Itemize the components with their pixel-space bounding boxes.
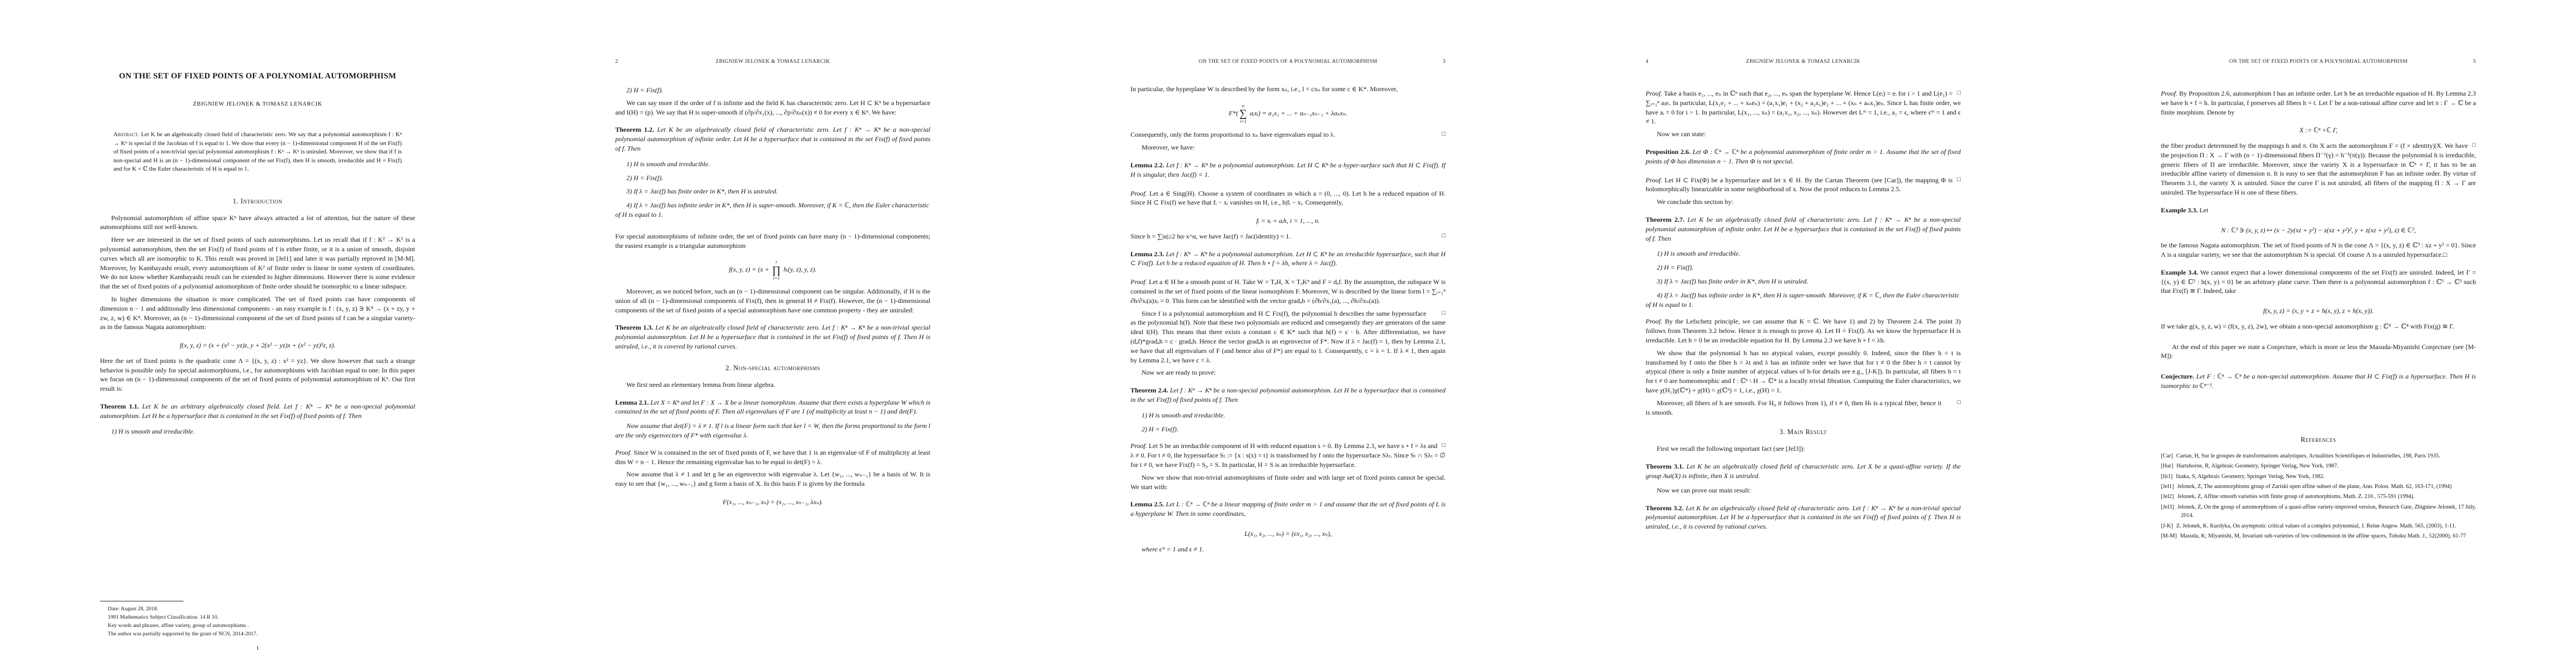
- theorem-label: Theorem 2.4.: [1130, 386, 1168, 394]
- proof-label: Proof.: [1646, 317, 1662, 325]
- paragraph: At the end of this paper we state a Conj…: [2161, 342, 2476, 361]
- formula: f(x, y, z) = (x + r∏i=1 hᵢ(y, z), y, z).: [615, 260, 930, 281]
- proof-label: Proof.: [1646, 176, 1662, 184]
- paragraph: Now we can state:: [1646, 130, 1961, 139]
- footnote-line: Key words and phrases. affine variety, g…: [100, 622, 415, 630]
- list-item: 3) If λ = Jac(f) has finite order in K*,…: [615, 187, 930, 196]
- reference-text: Jelonek, Z, The automorphisms group of Z…: [2177, 484, 2452, 490]
- list-item: 1) H is smooth and irreducible.: [1646, 249, 1961, 258]
- theorem-block: Lemma 2.3. Let f : Kⁿ → Kⁿ be a polynomi…: [1130, 250, 1446, 268]
- paragraph-text: We first need an elementary lemma from l…: [626, 381, 775, 389]
- qed-box: □: [1957, 89, 1961, 97]
- page-2: 2ZBIGNIEW JELONEK & TOMASZ LENARCIK2) H …: [515, 0, 1030, 667]
- list-item: 4) If λ = Jac(f) has infinite order in K…: [615, 201, 930, 220]
- theorem-block: Example 3.3. Let: [2161, 206, 2476, 215]
- theorem-body: Let: [2199, 206, 2208, 214]
- section-heading: 3. Main Result: [1646, 428, 1961, 436]
- theorem-body: Let K be an algebraically closed field o…: [1646, 216, 1961, 242]
- theorem-block: Theorem 3.1. Let K be an algebraically c…: [1646, 462, 1961, 481]
- paragraph: Now we can prove our main result:: [1646, 486, 1961, 495]
- theorem-body: We cannot expect that a lower dimensiona…: [2161, 268, 2476, 295]
- theorem-label: Theorem 3.2.: [1646, 504, 1683, 512]
- formula-pre: F*(: [1229, 109, 1238, 117]
- formula-post: hᵢ(y, z), y, z).: [782, 266, 817, 273]
- proof-label: Proof.: [1646, 89, 1662, 97]
- paragraph-text: Now we show that non-trivial automorphis…: [1130, 474, 1446, 491]
- proof-label: Proof.: [1130, 190, 1147, 197]
- paper-document: arXiv:1409.7883v1 [math.AG] 28 Sep 2014 …: [0, 0, 2576, 667]
- formula: fᵢ = xᵢ + aᵢh, i = 1, ..., n.: [1130, 217, 1446, 226]
- abstract: Abstract. Let K be an algebraically clos…: [113, 131, 402, 173]
- paragraph-text: Now assume that λ ≠ 1 and let g be an ei…: [615, 470, 930, 487]
- proof-text: Since W is contained in the set of fixed…: [615, 449, 930, 466]
- paragraph: Now we show that non-trivial automorphis…: [1130, 473, 1446, 492]
- paragraph-text: the fiber product determined by the mapp…: [2161, 142, 2476, 196]
- big-operator: n∑i=1: [1239, 103, 1247, 125]
- qed-box: □: [1442, 441, 1446, 450]
- paragraph: If we take g(x, y, z, w) = (f(x, y, z), …: [2161, 322, 2476, 331]
- theorem-label: Proposition 2.6.: [1646, 148, 1691, 156]
- proof-text: Let a ∈ Sing(H). Choose a system of coor…: [1130, 190, 1446, 207]
- list-item: 4) If λ = Jac(f) has infinite order in K…: [1646, 291, 1961, 310]
- formula: X := ℂⁿ ×ℂ Γ,: [2161, 126, 2476, 135]
- proof-block: □Proof. Take a basis e₁, ..., eₙ in ℂⁿ s…: [1646, 89, 1961, 126]
- footnote-line: 1991 Mathematics Subject Classification.…: [100, 614, 415, 622]
- running-title: ZBIGNIEW JELONEK & TOMASZ LENARCIK: [1669, 59, 1937, 64]
- paper-authors: ZBIGNIEW JELONEK & TOMASZ LENARCIK: [100, 101, 415, 107]
- theorem-block: Theorem 3.2. Let K be an algebraically c…: [1646, 504, 1961, 531]
- paragraph-text: At the end of this paper we state a Conj…: [2161, 343, 2476, 360]
- theorem-body: Let f : Kⁿ → Kⁿ be a polynomial automorp…: [1130, 250, 1446, 267]
- running-header: ON THE SET OF FIXED POINTS OF A POLYNOMI…: [1130, 59, 1446, 64]
- formula-post: aᵢxᵢ) = a₁x₁ + ... + aₙ₋₁xₙ₋₁ + λaₙxₙ.: [1248, 109, 1348, 117]
- qed-box: □: [1946, 399, 1961, 407]
- theorem-label: Theorem 1.3.: [615, 323, 653, 331]
- paragraph: Moreover, as we noticed before, such an …: [615, 287, 930, 315]
- reference-list: [Car]Cartan, H, Sur le groupes de transf…: [2161, 452, 2476, 542]
- running-header: 4ZBIGNIEW JELONEK & TOMASZ LENARCIK: [1646, 59, 1961, 64]
- page-number-right: 3: [1422, 59, 1446, 64]
- proof-block: Proof. Let a ∈ Sing(H). Choose a system …: [1130, 189, 1446, 208]
- theorem-continuation: Now assume that det(F) = λ ≠ 1. If l is …: [615, 421, 930, 440]
- theorem-label: Lemma 2.2.: [1130, 161, 1164, 169]
- theorem-body: Let K be an arbitrary algebraically clos…: [100, 402, 415, 420]
- qed-box: □: [1442, 232, 1446, 240]
- theorem-label: Theorem 3.1.: [1646, 462, 1684, 470]
- running-title: ON THE SET OF FIXED POINTS OF A POLYNOMI…: [2184, 59, 2453, 64]
- proof-block: □Proof. Let H ⊂ Fix(Φ) be a hypersurface…: [1646, 176, 1961, 195]
- proof-text: By Proposition 2.6, automorphism f has a…: [2161, 89, 2476, 116]
- paragraph-text: Since f is a polynomial automorphism and…: [1130, 310, 1446, 364]
- paragraph: Here we are interested in the set of fix…: [100, 235, 415, 291]
- page-number-left: 2: [615, 59, 639, 64]
- proof-label: Proof.: [615, 449, 632, 456]
- theorem-block: Theorem 1.3. Let K be an algebraically c…: [615, 323, 930, 351]
- section-heading: 1. Introduction: [100, 197, 415, 206]
- theorem-body: Let K be an algebraically closed field o…: [615, 323, 930, 350]
- paragraph: We first need an elementary lemma from l…: [615, 380, 930, 390]
- section-heading: References: [2161, 436, 2476, 444]
- proof-label: Proof.: [1130, 278, 1147, 286]
- theorem-label: Lemma 2.1.: [615, 399, 649, 406]
- paragraph: Here the set of fixed points is the quad…: [100, 356, 415, 394]
- paragraph: We conclude this section by:: [1646, 197, 1961, 207]
- theorem-body: Let f : Kⁿ → Kⁿ be a polynomial automorp…: [1130, 161, 1446, 178]
- paragraph-text: In particular, the hyperplane W is descr…: [1130, 85, 1398, 93]
- qed-box: □: [1442, 130, 1446, 138]
- paragraph-text: Now we can prove our main result:: [1657, 486, 1751, 494]
- operator-lower-limit: i=1: [773, 276, 780, 281]
- paragraph-text: Here the set of fixed points is the quad…: [100, 357, 415, 392]
- abstract-body: Let K be an algebraically closed field o…: [113, 131, 402, 172]
- footnote-line: The author was partially supported by th…: [100, 630, 415, 639]
- theorem-block: Proposition 2.6. Let Φ : ℂⁿ → ℂⁿ be a po…: [1646, 147, 1961, 166]
- reference-text: Cartan, H, Sur le groupes de transformat…: [2176, 453, 2440, 459]
- list-item: 2) H = Fix(f).: [1646, 263, 1961, 272]
- theorem-body: Let F : ℂⁿ → ℂⁿ be a non-special automor…: [2161, 372, 2476, 390]
- proof-block: Proof. By the Lefschetz principle, we ca…: [1646, 317, 1961, 345]
- paragraph-text: For special automorphisms of infinite or…: [615, 232, 930, 250]
- theorem-label: Lemma 2.5.: [1130, 500, 1164, 508]
- proof-label: Proof.: [1130, 442, 1147, 450]
- list-item: 1) H is smooth and irreducible.: [615, 160, 930, 169]
- theorem-body: Let f : Kⁿ → Kⁿ be a non-special polynom…: [1130, 386, 1446, 404]
- paragraph: □Since h = ∑|α|≥2 hα·x^α, we have Jac(f)…: [1130, 232, 1446, 241]
- formula: f(x, y, z) = (x, y + z + h(x, y), z + h(…: [2161, 307, 2476, 316]
- running-header: 2ZBIGNIEW JELONEK & TOMASZ LENARCIK: [615, 59, 930, 64]
- list-item: 3) If λ = Jac(f) has finite order in K*,…: [1646, 277, 1961, 286]
- formula: F(x₁, ..., xₙ₋₁, xₙ) = (x₁, ..., xₙ₋₁, λ…: [615, 498, 930, 507]
- theorem-body: Let K be an algebraically closed field o…: [1646, 504, 1961, 531]
- paragraph: □Consequently, only the forms proportion…: [1130, 130, 1446, 140]
- paragraph-text: Consequently, only the forms proportiona…: [1130, 131, 1335, 138]
- paragraph: □Since f is a polynomial automorphism an…: [1130, 309, 1446, 365]
- paragraph-text: First we recall the following important …: [1657, 445, 1805, 452]
- paragraph: Moreover, we have:: [1130, 143, 1446, 152]
- theorem-body: Let Φ : ℂⁿ → ℂⁿ be a polynomial automorp…: [1646, 148, 1961, 165]
- theorem-body: Let L : ℂⁿ → ℂⁿ be a linear mapping of f…: [1130, 500, 1446, 517]
- reference-item: [Car]Cartan, H, Sur le groupes de transf…: [2161, 452, 2476, 460]
- reference-tag: [Jel3]: [2161, 504, 2174, 510]
- theorem-label: Conjecture.: [2161, 372, 2194, 380]
- proof-block: Proof. Since W is contained in the set o…: [615, 448, 930, 467]
- theorem-label: Theorem 1.1.: [100, 402, 139, 410]
- page-1: ON THE SET OF FIXED POINTS OF A POLYNOMI…: [0, 0, 515, 667]
- page-number-right: 5: [2453, 59, 2476, 64]
- paragraph: We can say more if the order of f is inf…: [615, 98, 930, 117]
- proof-text: Let H ⊂ Fix(Φ) be a hypersurface and let…: [1646, 176, 1952, 193]
- theorem-body: Let X = Kⁿ and let F : X → X be a linear…: [615, 399, 930, 416]
- reference-text: Iitaka, S, Algebraic Geometry, Springer …: [2176, 474, 2325, 480]
- theorem-block: Lemma 2.2. Let f : Kⁿ → Kⁿ be a polynomi…: [1130, 161, 1446, 180]
- paragraph-text: Polynomial automorphism of affine space …: [100, 214, 415, 231]
- paragraph: be the famous Nagata automorphism. The s…: [2161, 241, 2476, 260]
- running-title: ZBIGNIEW JELONEK & TOMASZ LENARCIK: [639, 59, 907, 64]
- proof-text: Let S be an irreducible component of H w…: [1130, 442, 1446, 469]
- theorem-block: Example 3.4. We cannot expect that a low…: [2161, 268, 2476, 296]
- theorem-continuation: where ϵᵐ = 1 and ϵ ≠ 1.: [1130, 545, 1446, 554]
- reference-tag: [Car]: [2161, 453, 2173, 459]
- page-4: 4ZBIGNIEW JELONEK & TOMASZ LENARCIK□Proo…: [1546, 0, 2061, 667]
- footnote-line: Date: August 28, 2018.: [100, 605, 415, 614]
- big-operator: r∏i=1: [772, 260, 781, 281]
- paragraph: In particular, the hyperplane W is descr…: [1130, 84, 1446, 94]
- reference-item: [Iit1]Iitaka, S, Algebraic Geometry, Spr…: [2161, 472, 2476, 481]
- proof-text: By the Lefschetz principle, we can assum…: [1646, 317, 1961, 344]
- reference-item: [Jel2]Jelonek, Z, Affine smooth varietie…: [2161, 492, 2476, 501]
- reference-item: [J-K]Z. Jelonek, K. Kurdyka, On asymptot…: [2161, 522, 2476, 530]
- operator-symbol: ∑: [1239, 108, 1247, 119]
- operator-symbol: ∏: [772, 265, 781, 276]
- paragraph: We show that the polynomial h has no aty…: [1646, 349, 1961, 395]
- theorem-body: Let K be an algebraically closed field o…: [1646, 462, 1961, 480]
- paragraph: □the fiber product determined by the map…: [2161, 141, 2476, 197]
- list-item: 2) H = Fix(f).: [615, 86, 930, 95]
- reference-tag: [J-K]: [2161, 523, 2173, 529]
- paper-title: ON THE SET OF FIXED POINTS OF A POLYNOMI…: [114, 70, 401, 82]
- paragraph: First we recall the following important …: [1646, 444, 1961, 454]
- paragraph: In higher dimensions the situation is mo…: [100, 295, 415, 332]
- paragraph-text: We conclude this section by:: [1657, 198, 1733, 206]
- proof-label: Proof.: [2161, 89, 2178, 97]
- reference-tag: [Jel1]: [2161, 484, 2174, 490]
- list-item: 2) H = Fix(f).: [615, 173, 930, 183]
- theorem-block: Theorem 2.7. Let K be an algebraically c…: [1646, 215, 1961, 243]
- theorem-block: Theorem 1.2. Let K be an algebraically c…: [615, 125, 930, 153]
- page-number-left: 4: [1646, 59, 1669, 64]
- section-heading: 2. Non-special automorphisms: [615, 364, 930, 372]
- paragraph-text: be the famous Nagata automorphism. The s…: [2161, 241, 2476, 258]
- paragraph-text: Moreover, all fibers of h are smooth. Fo…: [1646, 399, 1941, 416]
- proof-block: Proof. By Proposition 2.6, automorphism …: [2161, 89, 2476, 117]
- proof-block: Proof. Let a ∈ H be a smooth point of H.…: [1130, 277, 1446, 305]
- theorem-label: Lemma 2.3.: [1130, 250, 1164, 258]
- paragraph-text: Since h = ∑|α|≥2 hα·x^α, we have Jac(f) …: [1130, 232, 1291, 240]
- formula: L(x₁, x₂, ..., xₙ) = (ϵx₁, x₂, ..., xₙ),: [1130, 530, 1446, 539]
- theorem-body: Let K be an algebraically closed field o…: [615, 126, 930, 152]
- reference-text: Jelonek, Z, Affine smooth varieties with…: [2177, 494, 2414, 500]
- paragraph-text: Moreover, we have:: [1142, 143, 1195, 151]
- paragraph-text: In higher dimensions the situation is mo…: [100, 295, 415, 331]
- reference-text: Z. Jelonek, K. Kurdyka, On asymptotic cr…: [2176, 523, 2457, 529]
- reference-text: Masuda, K; Miyanishi, M, Invariant sub-v…: [2180, 533, 2467, 539]
- paragraph-text: Moreover, as we noticed before, such an …: [615, 287, 930, 314]
- footnote-block: Date: August 28, 2018.1991 Mathematics S…: [100, 601, 415, 639]
- reference-tag: [Har]: [2161, 463, 2173, 469]
- reference-item: [M-M]Masuda, K; Miyanishi, M, Invariant …: [2161, 532, 2476, 540]
- formula: N : ℂ³ ∋ (x, y, z) ↦ (x − 2y(xz + y²) − …: [2161, 226, 2476, 235]
- reference-tag: [Iit1]: [2161, 474, 2173, 480]
- reference-item: [Har]Hartshorne, R, Algebraic Geometry, …: [2161, 462, 2476, 470]
- page-5: ON THE SET OF FIXED POINTS OF A POLYNOMI…: [2061, 0, 2576, 667]
- paragraph: Now we are ready to prove:: [1130, 368, 1446, 377]
- paragraph-text: We can say more if the order of f is inf…: [615, 99, 930, 116]
- theorem-block: Conjecture. Let F : ℂⁿ → ℂⁿ be a non-spe…: [2161, 372, 2476, 391]
- page-number: 1: [100, 645, 415, 667]
- paragraph: □Moreover, all fibers of h are smooth. F…: [1646, 399, 1961, 417]
- qed-box: □: [1957, 176, 1961, 184]
- formula: F*(n∑i=1 aᵢxᵢ) = a₁x₁ + ... + aₙ₋₁xₙ₋₁ +…: [1130, 103, 1446, 125]
- qed-box: □: [1431, 309, 1446, 317]
- theorem-block: Lemma 2.5. Let L : ℂⁿ → ℂⁿ be a linear m…: [1130, 500, 1446, 519]
- theorem-block: Theorem 2.4. Let f : Kⁿ → Kⁿ be a non-sp…: [1130, 386, 1446, 405]
- theorem-label: Example 3.3.: [2161, 206, 2198, 214]
- paragraph: Now assume that λ ≠ 1 and let g be an ei…: [615, 470, 930, 489]
- theorem-label: Theorem 1.2.: [615, 126, 654, 133]
- paragraph-text: Now we can state:: [1657, 130, 1706, 138]
- running-header: ON THE SET OF FIXED POINTS OF A POLYNOMI…: [2161, 59, 2476, 64]
- reference-item: [Jel3]Jelonek, Z, On the group of automo…: [2161, 503, 2476, 520]
- list-item: 2) H = Fix(f).: [1130, 425, 1446, 434]
- list-item: 1) H is smooth and irreducible.: [1130, 411, 1446, 420]
- paragraph-text: If we take g(x, y, z, w) = (f(x, y, z), …: [2161, 322, 2454, 330]
- paragraph: For special automorphisms of infinite or…: [615, 232, 930, 251]
- paragraph-text: We show that the polynomial h has no aty…: [1646, 349, 1961, 394]
- abstract-label: Abstract.: [113, 131, 139, 138]
- proof-text: Take a basis e₁, ..., eₙ in ℂⁿ such that…: [1646, 89, 1961, 125]
- paragraph-text: Here we are interested in the set of fix…: [100, 236, 415, 290]
- operator-lower-limit: i=1: [1240, 119, 1247, 124]
- paragraph-text: Now we are ready to prove:: [1142, 369, 1216, 376]
- paragraph: Polynomial automorphism of affine space …: [100, 213, 415, 232]
- proof-block: □Proof. Let S be an irreducible componen…: [1130, 441, 1446, 469]
- formula: f(x, y, z) = (x + (x² − yz)z, y + 2(x² −…: [100, 341, 415, 350]
- reference-tag: [M-M]: [2161, 533, 2177, 539]
- theorem-label: Example 3.4.: [2161, 268, 2198, 276]
- running-title: ON THE SET OF FIXED POINTS OF A POLYNOMI…: [1154, 59, 1422, 64]
- reference-item: [Jel1]Jelonek, Z, The automorphisms grou…: [2161, 482, 2476, 491]
- theorem-block: Lemma 2.1. Let X = Kⁿ and let F : X → X …: [615, 398, 930, 417]
- qed-box: □: [2472, 141, 2476, 150]
- list-item: 1) H is smooth and irreducible.: [100, 427, 415, 436]
- formula-pre: f(x, y, z) = (x +: [729, 266, 771, 273]
- theorem-label: Theorem 2.7.: [1646, 216, 1685, 223]
- reference-text: Hartshorne, R, Algebraic Geometry, Sprin…: [2176, 463, 2338, 469]
- theorem-block: Theorem 1.1. Let K be an arbitrary algeb…: [100, 402, 415, 421]
- page-3: ON THE SET OF FIXED POINTS OF A POLYNOMI…: [1030, 0, 1546, 667]
- reference-text: Jelonek, Z, On the group of automorphism…: [2177, 504, 2476, 519]
- reference-tag: [Jel2]: [2161, 494, 2174, 500]
- proof-text: Let a ∈ H be a smooth point of H. Take W…: [1130, 278, 1446, 305]
